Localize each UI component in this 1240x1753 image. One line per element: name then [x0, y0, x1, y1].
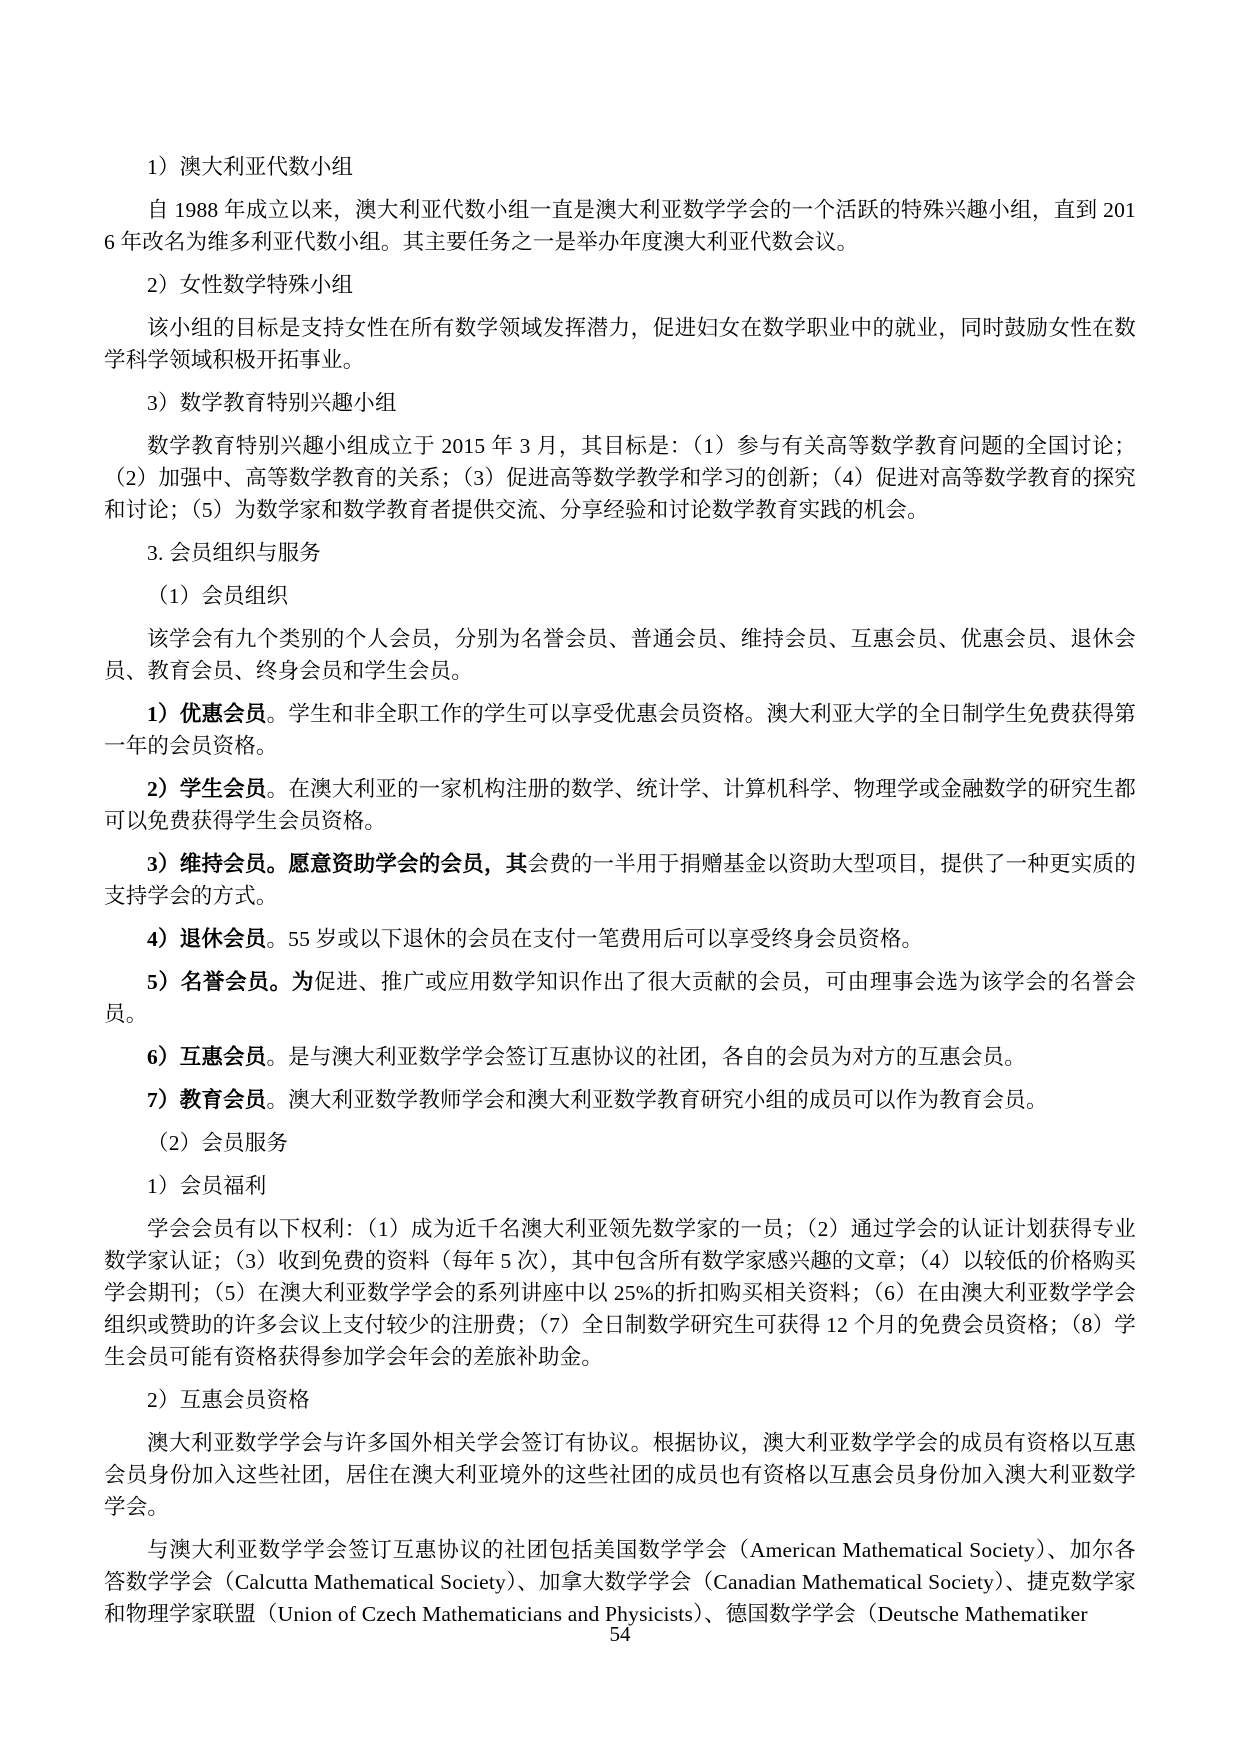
member-type-reciprocal-label: 6）互惠会员	[147, 1045, 266, 1069]
member-type-student-label: 2）学生会员	[147, 777, 267, 801]
para-member-benefits: 学会会员有以下权利：（1）成为近千名澳大利亚领先数学家的一员；（2）通过学会的认…	[104, 1213, 1136, 1373]
para-women-in-math-group: 该小组的目标是支持女性在所有数学领域发挥潜力，促进妇女在数学职业中的就业，同时鼓…	[104, 312, 1136, 376]
member-type-education-label: 7）教育会员	[147, 1088, 266, 1112]
para-member-type-retired: 4）退休会员。55 岁或以下退休的会员在支付一笔费用后可以享受终身会员资格。	[104, 923, 1136, 955]
member-type-retired-label: 4）退休会员	[147, 927, 266, 951]
heading-reciprocal-membership: 2）互惠会员资格	[104, 1384, 1136, 1416]
document-page: 1）澳大利亚代数小组 自 1988 年成立以来，澳大利亚代数小组一直是澳大利亚数…	[0, 0, 1240, 1753]
heading-membership-organization-services: 3. 会员组织与服务	[104, 537, 1136, 569]
heading-algebra-group: 1）澳大利亚代数小组	[104, 151, 1136, 183]
para-member-type-education: 7）教育会员。澳大利亚数学教师学会和澳大利亚数学教育研究小组的成员可以作为教育会…	[104, 1084, 1136, 1116]
heading-member-benefits: 1）会员福利	[104, 1170, 1136, 1202]
heading-member-services: （2）会员服务	[104, 1127, 1136, 1159]
page-number: 54	[0, 1618, 1240, 1650]
member-type-education-desc: 。澳大利亚数学教师学会和澳大利亚数学教育研究小组的成员可以作为教育会员。	[266, 1088, 1047, 1112]
heading-membership-organization: （1）会员组织	[104, 580, 1136, 612]
para-member-type-sustaining: 3）维持会员。愿意资助学会的会员，其会费的一半用于捐赠基金以资助大型项目，提供了…	[104, 848, 1136, 912]
para-member-type-reciprocal: 6）互惠会员。是与澳大利亚数学学会签订互惠协议的社团，各自的会员为对方的互惠会员…	[104, 1041, 1136, 1073]
member-type-reciprocal-desc: 。是与澳大利亚数学学会签订互惠协议的社团，各自的会员为对方的互惠会员。	[266, 1045, 1026, 1069]
para-algebra-group: 自 1988 年成立以来，澳大利亚代数小组一直是澳大利亚数学学会的一个活跃的特殊…	[104, 194, 1136, 258]
heading-math-education-group: 3）数学教育特别兴趣小组	[104, 387, 1136, 419]
member-type-honorary-label: 5）名誉会员。为	[147, 970, 314, 994]
para-reciprocal-societies-list: 与澳大利亚数学学会签订互惠协议的社团包括美国数学学会（American Math…	[104, 1534, 1136, 1630]
para-member-type-student: 2）学生会员。在澳大利亚的一家机构注册的数学、统计学、计算机科学、物理学或金融数…	[104, 773, 1136, 837]
para-reciprocal-membership-agreements: 澳大利亚数学学会与许多国外相关学会签订有协议。根据协议，澳大利亚数学学会的成员有…	[104, 1427, 1136, 1523]
para-membership-categories: 该学会有九个类别的个人会员，分别为名誉会员、普通会员、维持会员、互惠会员、优惠会…	[104, 623, 1136, 687]
member-type-sustaining-label: 3）维持会员。愿意资助学会的会员，其	[147, 852, 527, 876]
heading-women-in-math-group: 2）女性数学特殊小组	[104, 269, 1136, 301]
member-type-discount-label: 1）优惠会员	[147, 702, 267, 726]
member-type-retired-desc: 。55 岁或以下退休的会员在支付一笔费用后可以享受终身会员资格。	[266, 927, 923, 951]
para-math-education-group: 数学教育特别兴趣小组成立于 2015 年 3 月，其目标是：（1）参与有关高等数…	[104, 430, 1136, 526]
para-member-type-discount: 1）优惠会员。学生和非全职工作的学生可以享受优惠会员资格。澳大利亚大学的全日制学…	[104, 698, 1136, 762]
para-member-type-honorary: 5）名誉会员。为促进、推广或应用数学知识作出了很大贡献的会员，可由理事会选为该学…	[104, 966, 1136, 1030]
